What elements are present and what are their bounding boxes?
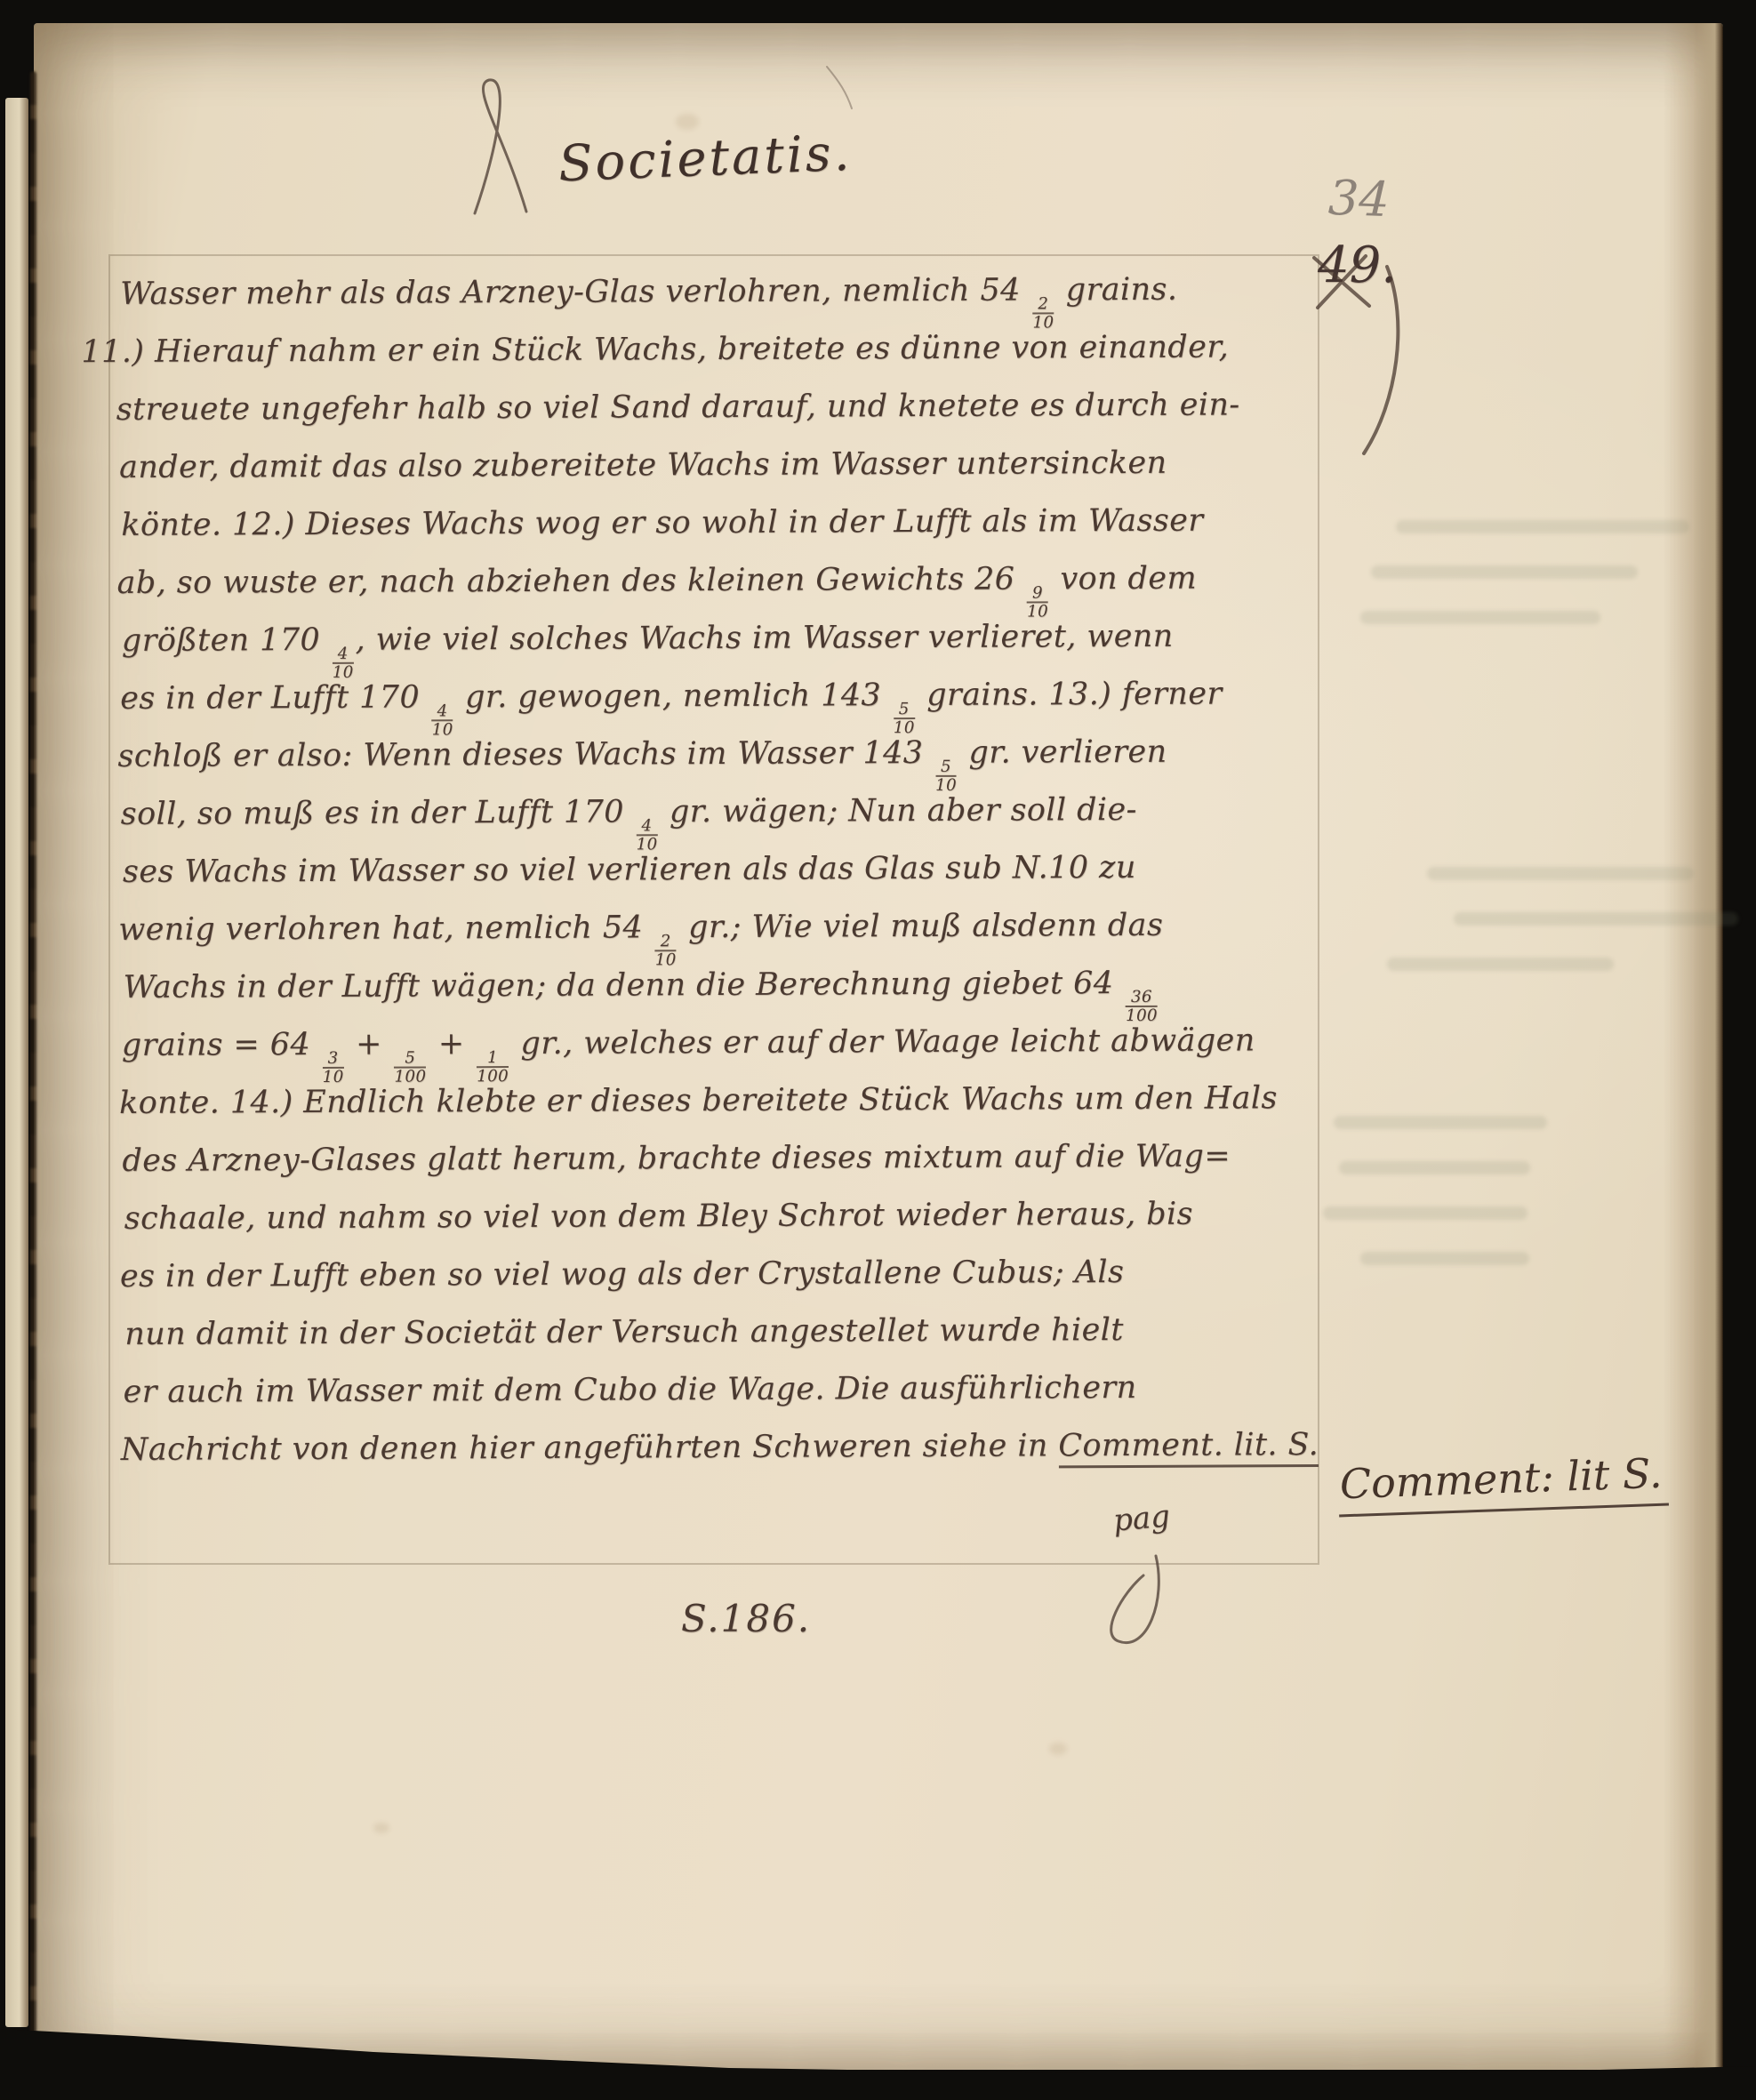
foxing-spot: [373, 1823, 389, 1833]
foxing-spot: [1049, 1743, 1067, 1755]
text-line: nun damit in der Societät der Versuch an…: [124, 1301, 1319, 1364]
text-line: größten 170 410, wie viel solches Wachs …: [122, 607, 1317, 670]
section-reference: S.186.: [681, 1597, 811, 1640]
text-line: 11.) Hierauf nahm er ein Stück Wachs, br…: [81, 318, 1313, 381]
page-title: Societatis.: [557, 124, 854, 194]
text-line: ab, so wuste er, nach abziehen des klein…: [116, 549, 1311, 613]
verso-showthrough-block: [1387, 867, 1707, 1003]
text-line: des Arzney-Glases glatt herum, brachte d…: [122, 1127, 1317, 1190]
text-line: es in der Lufft 170 410 gr. gewogen, nem…: [120, 665, 1315, 728]
text-line: konte. 14.) Endlich klebte er dieses ber…: [119, 1070, 1314, 1133]
text-line: ander, damit das also zubereitete Wachs …: [119, 434, 1314, 497]
text-line: Wachs in der Lufft wägen; da denn die Be…: [123, 954, 1318, 1017]
text-line: wenig verlohren hat, nemlich 54 210 gr.;…: [118, 896, 1313, 959]
text-line: Wasser mehr als das Arzney-Glas verlohre…: [120, 260, 1315, 324]
text-line: er auch im Wasser mit dem Cubo die Wage.…: [123, 1359, 1318, 1422]
fraction: 210: [1032, 296, 1054, 332]
foxing-spot: [676, 114, 699, 130]
text-line: es in der Lufft eben so viel wog als der…: [120, 1243, 1315, 1306]
book-page-edge: [5, 98, 28, 2027]
verso-showthrough-block: [1323, 1116, 1643, 1297]
text-line: ses Wachs im Wasser so viel verlieren al…: [123, 838, 1318, 902]
text-line: könte. 12.) Dieses Wachs wog er so wohl …: [121, 492, 1316, 555]
page-reference-underhang: pag: [1111, 1498, 1171, 1538]
page-number-ink: 49.: [1318, 236, 1397, 294]
page-right-edge: [1664, 23, 1723, 2070]
manuscript-scan: Societatis. 34 49. Wasser mehr als das A…: [0, 0, 1756, 2100]
text-line: schaale, und nahm so viel von dem Bley S…: [124, 1185, 1319, 1248]
text-line: soll, so muß es in der Lufft 170 410 gr.…: [121, 781, 1316, 844]
binding-gutter: [30, 71, 36, 2036]
text-line: schloß er also: Wenn dieses Wachs im Was…: [117, 723, 1312, 786]
fraction: 510: [935, 759, 957, 795]
margin-annotation: Comment: lit S.: [1337, 1449, 1669, 1518]
verso-showthrough-block: [1360, 520, 1680, 656]
text-line: streuete ungefehr halb so viel Sand dara…: [116, 376, 1311, 439]
page-number-pencil: 34: [1327, 170, 1391, 228]
fraction: 36100: [1126, 990, 1158, 1025]
underlined-citation: Comment. lit. S.: [1058, 1427, 1319, 1468]
manuscript-text-block: Wasser mehr als das Arzney-Glas verlohre…: [118, 260, 1319, 1479]
text-line: Nachricht von denen hier angeführten Sch…: [121, 1416, 1316, 1479]
fraction: 410: [333, 646, 354, 682]
